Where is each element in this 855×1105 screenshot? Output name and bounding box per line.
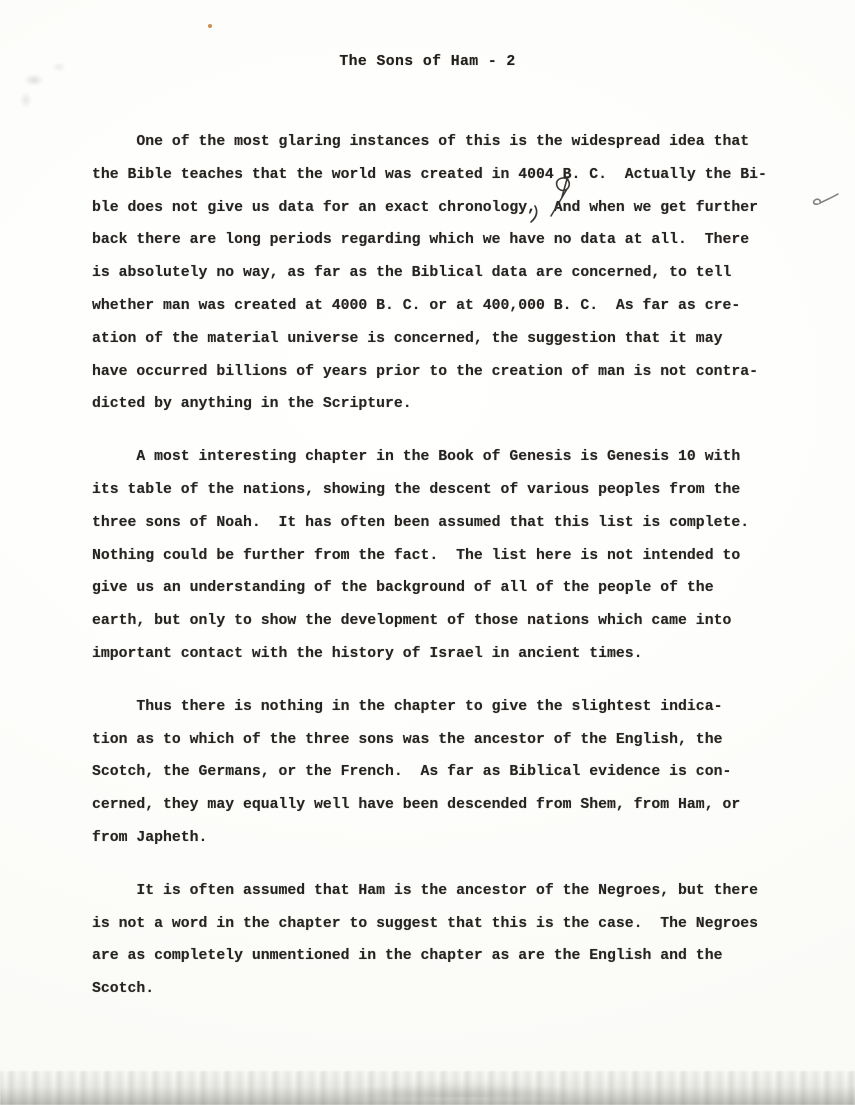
- paragraph-1: One of the most glaring instances of thi…: [92, 126, 782, 421]
- document-body: One of the most glaring instances of thi…: [92, 126, 782, 1006]
- bottom-scan-band: [0, 1071, 855, 1105]
- pencil-smudge-top-left: [4, 52, 94, 122]
- paragraph-3: Thus there is nothing in the chapter to …: [92, 691, 782, 855]
- scanned-typewritten-page: The Sons of Ham - 2 One of the most glar…: [0, 0, 855, 1105]
- page-title: The Sons of Ham - 2: [0, 54, 855, 70]
- margin-tick-mark: [814, 194, 838, 204]
- paragraph-4: It is often assumed that Ham is the ance…: [92, 875, 782, 1006]
- paragraph-2: A most interesting chapter in the Book o…: [92, 441, 782, 671]
- orange-stain-dot: [208, 24, 212, 28]
